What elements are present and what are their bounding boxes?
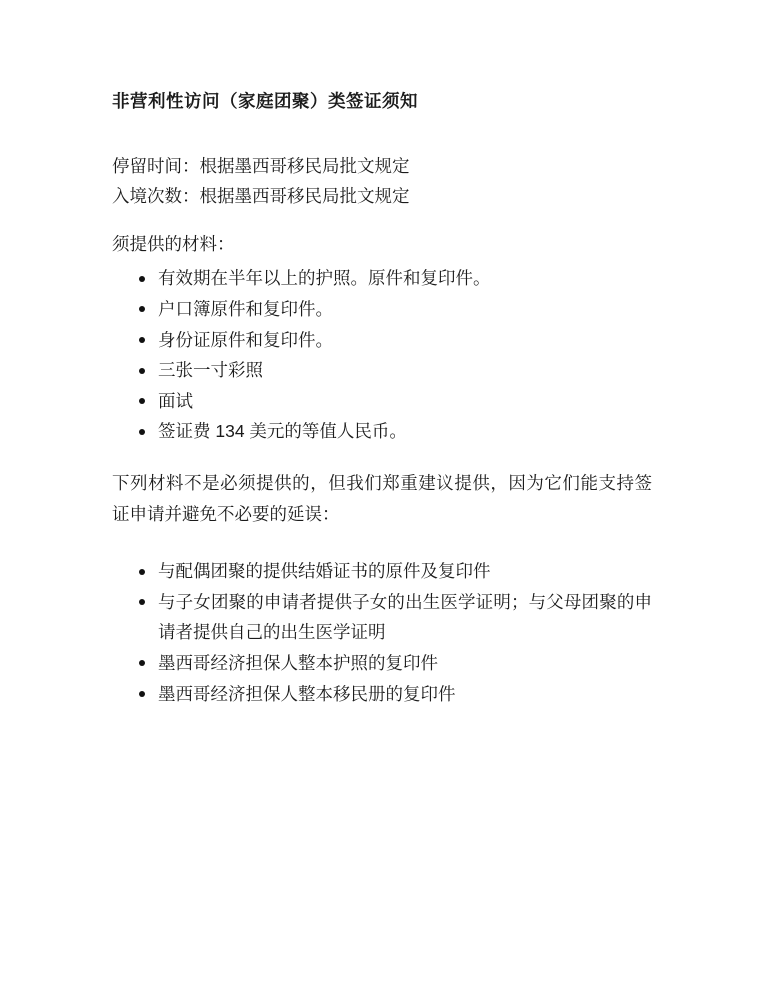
list-item: 与子女团聚的申请者提供子女的出生医学证明；与父母团聚的申请者提供自己的出生医学证… [112, 587, 652, 648]
document-page: 非营利性访问（家庭团聚）类签证须知 停留时间：根据墨西哥移民局批文规定 入境次数… [0, 0, 768, 994]
required-materials-list: 有效期在半年以上的护照。原件和复印件。 户口簿原件和复印件。 身份证原件和复印件… [112, 263, 652, 447]
list-item: 与配偶团聚的提供结婚证书的原件及复印件 [112, 556, 652, 587]
list-item: 有效期在半年以上的护照。原件和复印件。 [112, 263, 652, 294]
entry-times-line: 入境次数：根据墨西哥移民局批文规定 [112, 181, 652, 212]
required-materials-heading: 须提供的材料： [112, 229, 652, 260]
list-item: 面试 [112, 386, 652, 417]
optional-materials-list: 与配偶团聚的提供结婚证书的原件及复印件 与子女团聚的申请者提供子女的出生医学证明… [112, 556, 652, 709]
list-item: 身份证原件和复印件。 [112, 325, 652, 356]
stay-duration-line: 停留时间：根据墨西哥移民局批文规定 [112, 151, 652, 182]
optional-materials-intro: 下列材料不是必须提供的，但我们郑重建议提供，因为它们能支持签证申请并避免不必要的… [112, 468, 652, 529]
list-item: 墨西哥经济担保人整本护照的复印件 [112, 648, 652, 679]
list-item: 墨西哥经济担保人整本移民册的复印件 [112, 679, 652, 710]
list-item: 三张一寸彩照 [112, 355, 652, 386]
list-item: 签证费 134 美元的等值人民币。 [112, 416, 652, 447]
document-title: 非营利性访问（家庭团聚）类签证须知 [112, 86, 652, 117]
list-item: 户口簿原件和复印件。 [112, 294, 652, 325]
